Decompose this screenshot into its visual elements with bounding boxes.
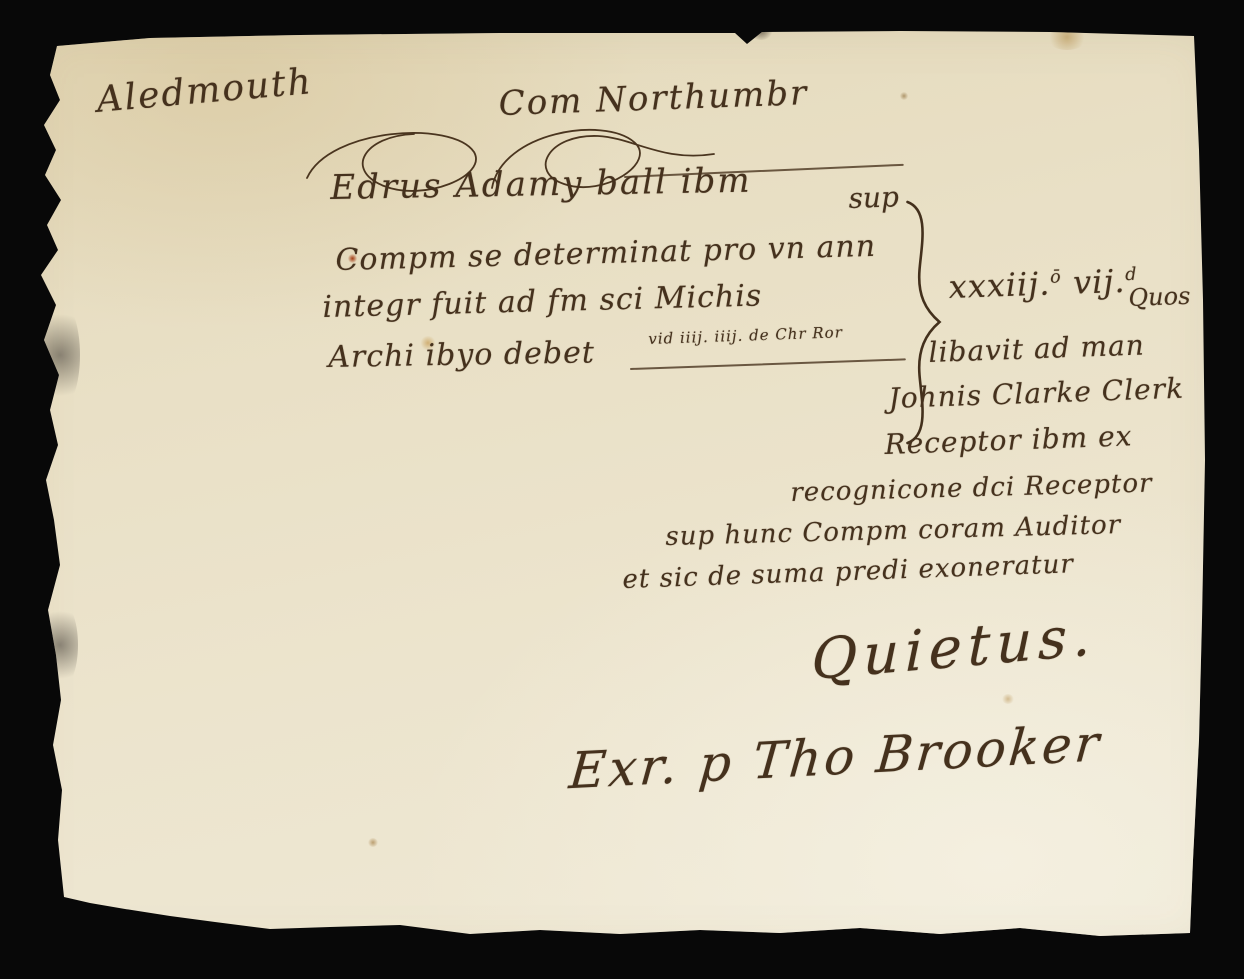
account-margin-word: sup: [848, 180, 899, 215]
sum-first: xxxiij.: [948, 264, 1051, 306]
paper-stain: [1002, 694, 1014, 704]
sum-second: vij.: [1072, 262, 1126, 302]
examiner-signature: Exr. p Tho Brooker: [567, 714, 1104, 800]
discharge-line-4: recognicone dci Receptor: [790, 469, 1153, 508]
paper-stain: [1046, 24, 1088, 50]
quietus-word: Quietus.: [811, 603, 1097, 693]
sum-amount: xxxiij.ō vij.d: [948, 261, 1138, 306]
account-line-2: Compm se determinat pro vn ann: [335, 229, 876, 278]
sum-second-superscript: d: [1125, 265, 1138, 285]
paper-stain: [900, 92, 908, 100]
photograph-background: Aledmouth Com Northumbr Edrus Adamy ball…: [0, 0, 1244, 979]
account-line-4: Archi ibyo debet: [328, 335, 595, 375]
paper-stain: [368, 838, 378, 847]
ink-dash: [630, 358, 906, 370]
paper-stain: [748, 18, 774, 40]
quos-word: Quos: [1128, 282, 1191, 312]
sum-first-superscript: ō: [1050, 267, 1062, 287]
discharge-line-6: et sic de suma predi exoneratur: [622, 549, 1074, 595]
deckle-edge-smudge: [42, 600, 78, 690]
discharge-line-5: sup hunc Compm coram Auditor: [665, 510, 1122, 552]
account-line-1: Edrus Adamy ball ibm: [330, 161, 752, 208]
discharge-line-1: libavit ad man: [928, 328, 1145, 369]
place-heading: Aledmouth: [95, 61, 314, 121]
manuscript-paper: Aledmouth Com Northumbr Edrus Adamy ball…: [0, 0, 1244, 979]
deckle-edge-smudge: [40, 300, 80, 410]
account-line-3: integr fuit ad fm sci Michis: [322, 278, 763, 325]
interlineation-note: vid iiij. iiij. de Chr Ror: [648, 323, 843, 348]
